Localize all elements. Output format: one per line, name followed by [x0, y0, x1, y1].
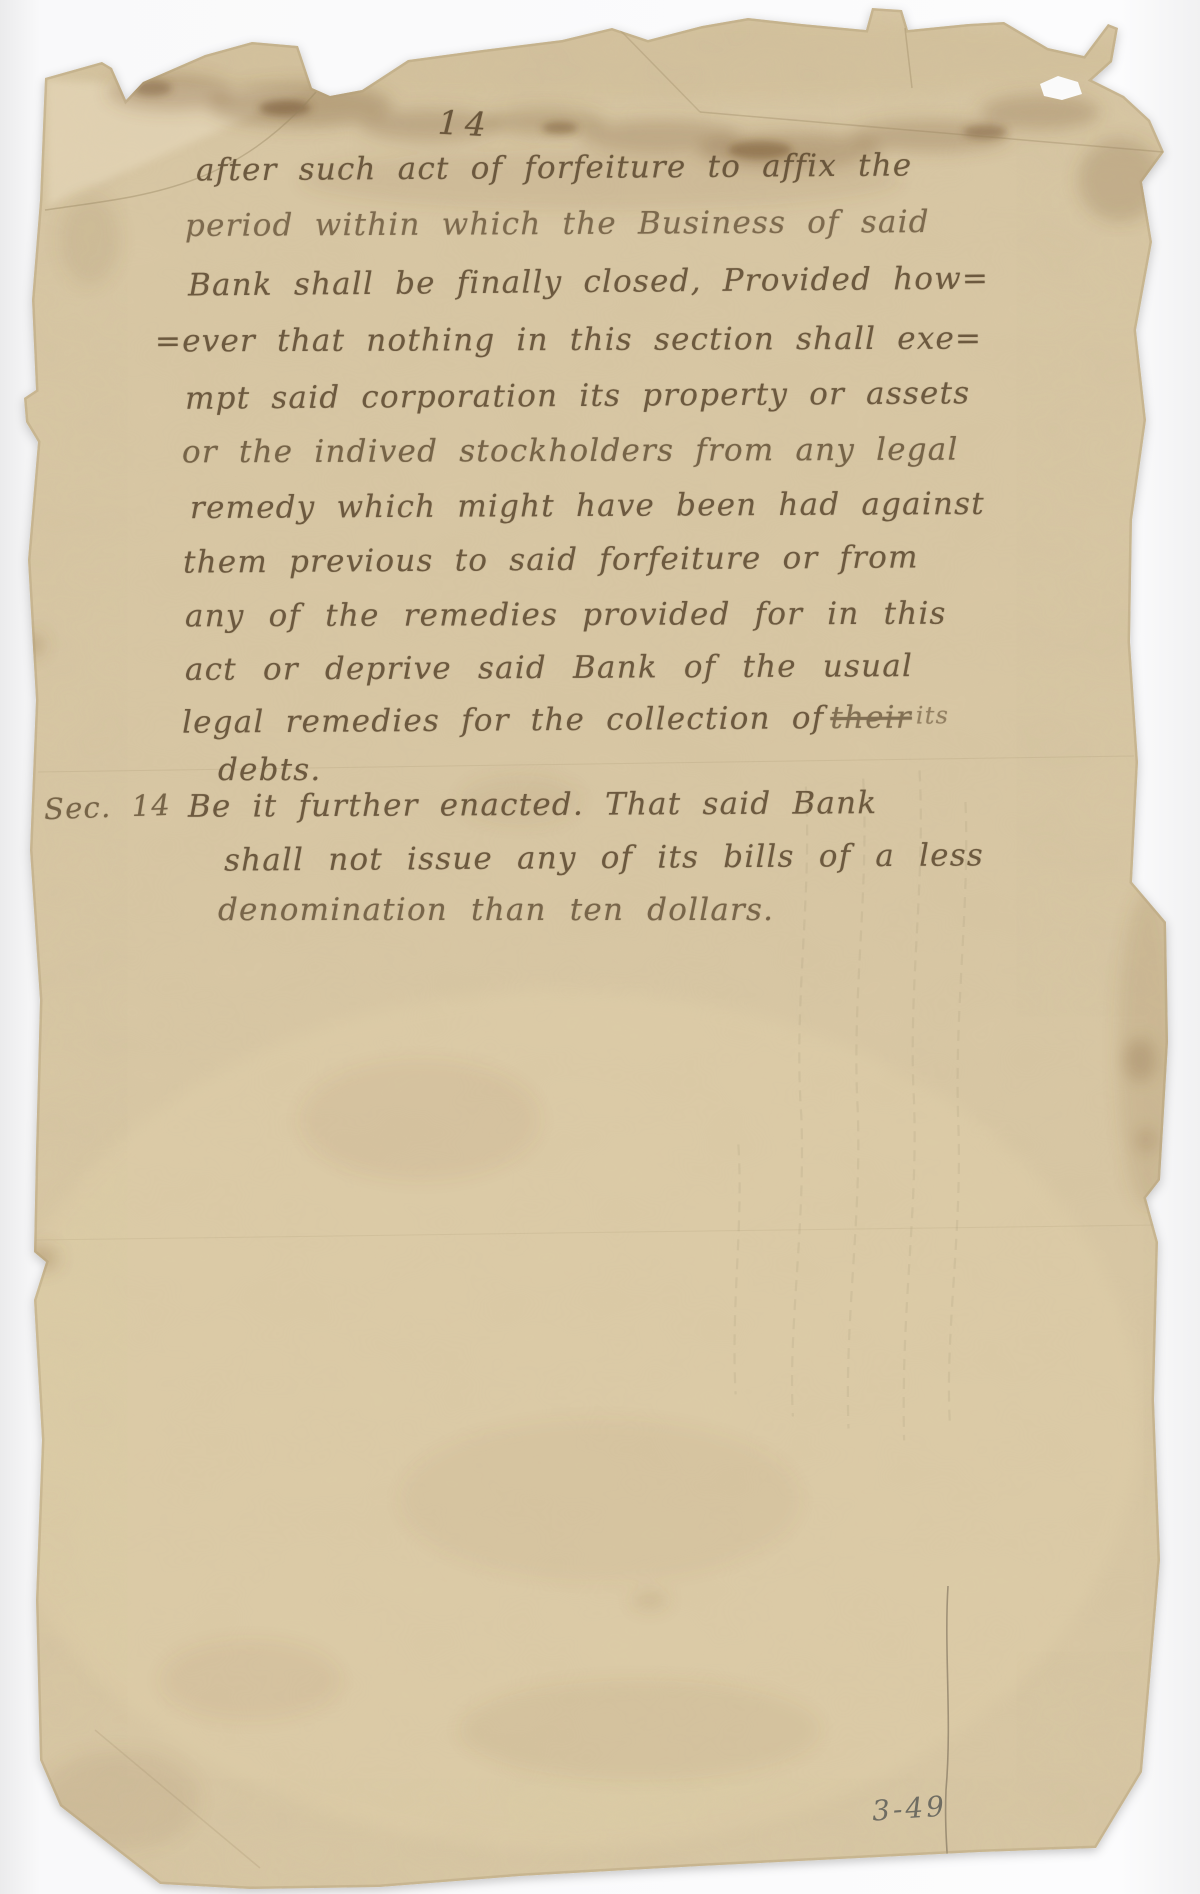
handwritten-line: Bank shall be finally closed, Provided h…	[188, 261, 989, 304]
line-text: legal remedies for the collection of	[182, 700, 825, 740]
handwritten-line: =ever that nothing in this section shall…	[155, 321, 982, 360]
handwritten-line: Be it further enacted. That said Bank	[188, 785, 877, 825]
handwritten-line: or the indived stockholders from any leg…	[182, 432, 959, 471]
section-margin-note: Sec. 14	[43, 788, 171, 826]
struck-word: their	[830, 700, 912, 737]
scan-background: 14 after such act of forfeiture to affix…	[0, 0, 1200, 1894]
page-number: 14	[437, 103, 493, 145]
handwritten-line: mpt said corporation its property or ass…	[185, 375, 971, 416]
handwriting-layer: 14 after such act of forfeiture to affix…	[0, 0, 1200, 1894]
handwritten-line: any of the remedies provided for in this	[185, 596, 947, 635]
handwritten-line: legal remedies for the collection ofthei…	[182, 699, 949, 740]
handwritten-line: period within which the Business of said	[185, 204, 930, 244]
catalog-number: 3-49	[871, 1789, 948, 1827]
handwritten-line: after such act of forfeiture to affix th…	[196, 147, 913, 188]
handwritten-line: denomination than ten dollars.	[218, 892, 774, 928]
handwritten-line: debts.	[218, 752, 321, 788]
handwritten-line: remedy which might have been had against	[190, 486, 985, 526]
handwritten-line: them previous to said forfeiture or from	[183, 539, 919, 580]
handwritten-line: shall not issue any of its bills of a le…	[224, 837, 984, 878]
handwritten-line: act or deprive said Bank of the usual	[185, 648, 913, 688]
inserted-word: its	[916, 701, 949, 729]
